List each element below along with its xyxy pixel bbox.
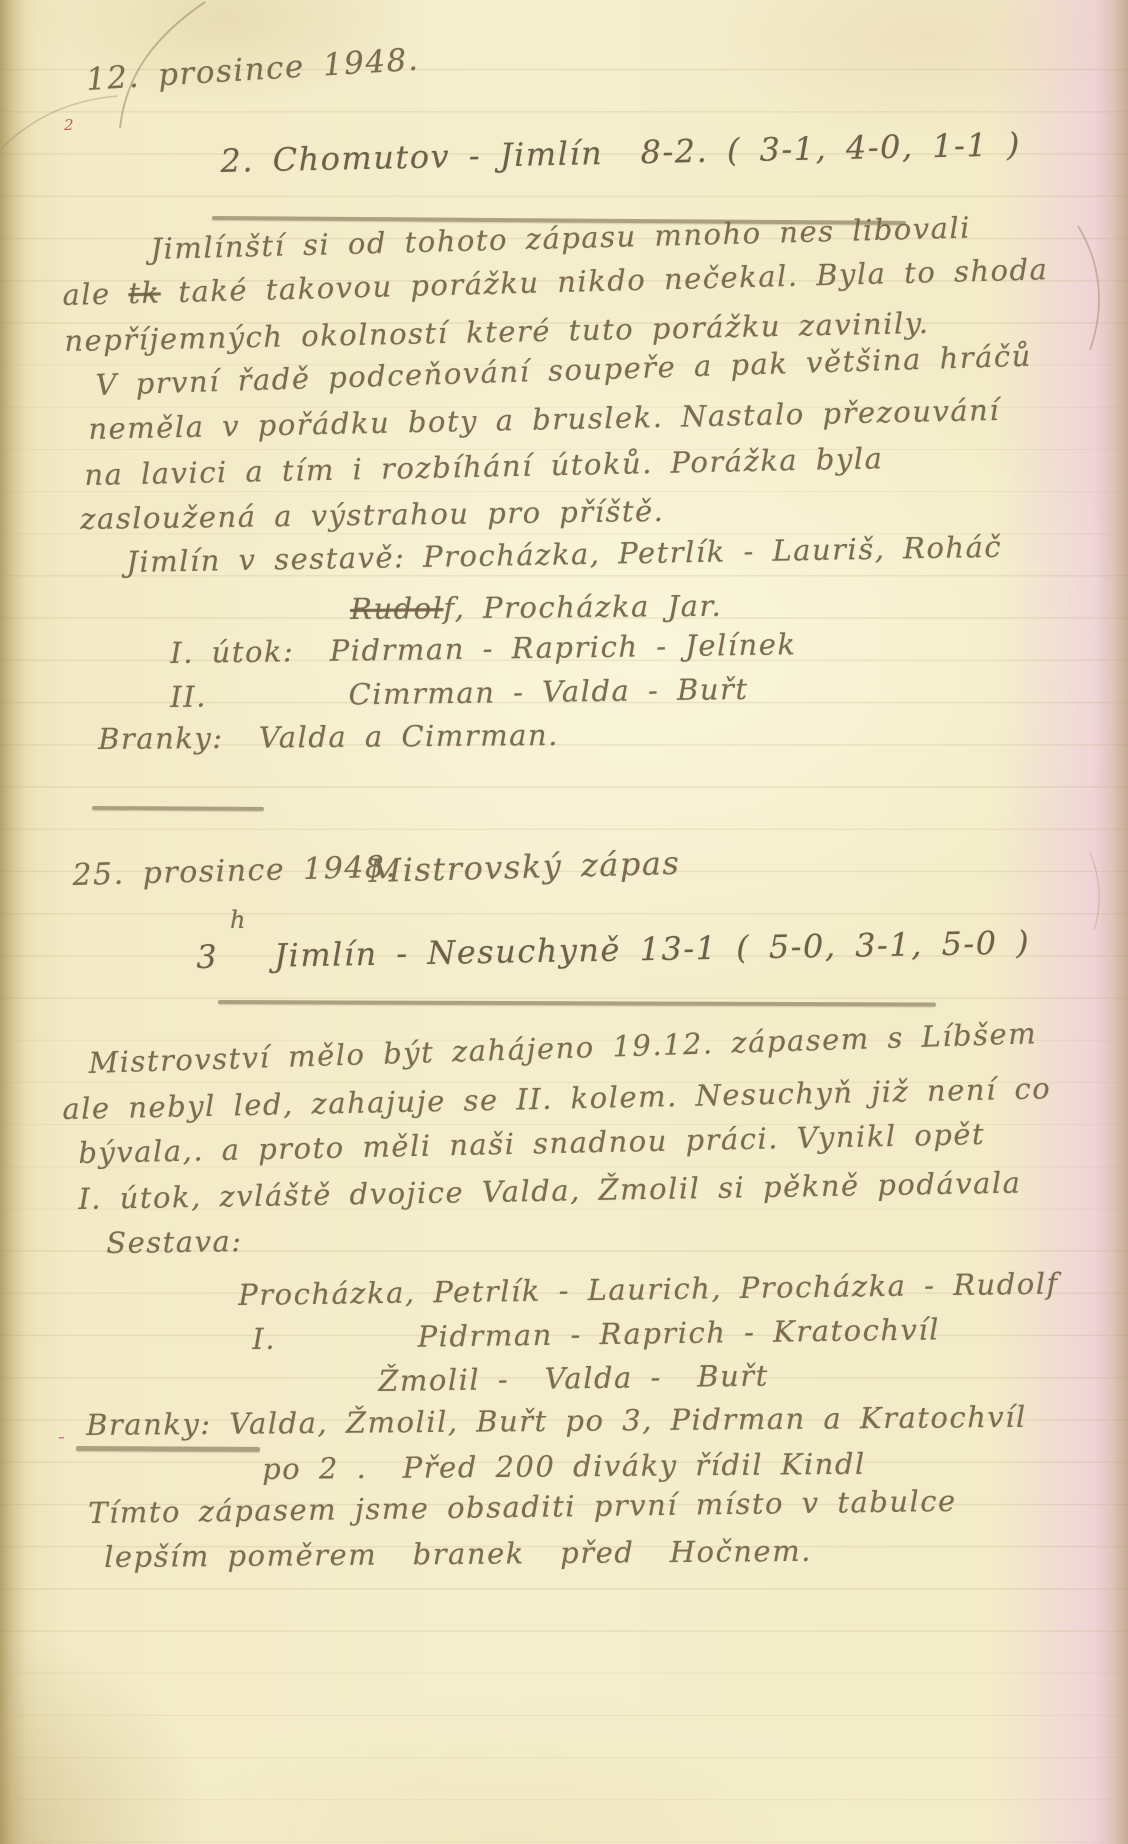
text-segment: Procházka, Petrlík - Laurich, Procházka …	[238, 1267, 1059, 1312]
pencil-underline-goals-2-underline	[76, 1446, 260, 1451]
handwritten-line-lineup2-attack1: I. Pidrman - Raprich - Kratochvíl	[252, 1312, 940, 1356]
handwritten-line-lineup2-attack2: Žmolil - Valda - Buřt	[378, 1359, 769, 1398]
handwritten-line-closing-2: lepším poměrem branek před Hočnem.	[104, 1534, 812, 1574]
handwritten-line-lineup1-attack1: I. útok: Pidrman - Raprich - Jelínek	[170, 627, 797, 670]
pencil-underline-title-2-underline	[218, 1000, 936, 1006]
text-segment: Mistrovský zápas	[368, 844, 681, 890]
handwritten-line-goals-2a: Branky: Valda, Žmolil, Buřt po 3, Pidrma…	[86, 1400, 1027, 1442]
margin-mark-margin-pink-dash: -	[58, 1424, 65, 1448]
text-segment: I. útok: Pidrman - Raprich - Jelínek	[170, 627, 797, 670]
handwritten-line-p1-l7: zasloužená a výstrahou pro příště.	[80, 494, 665, 536]
text-segment: po 2 . Před 200 diváky řídil Kindl	[262, 1447, 866, 1486]
pencil-underline-goals-1-underline	[92, 806, 264, 810]
handwritten-line-label-2: Mistrovský zápas	[368, 844, 681, 890]
text-segment: I. útok, zvláště dvojice Valda, Žmolil s…	[78, 1166, 1022, 1216]
margin-mark-margin-number: 2	[64, 116, 74, 134]
text-segment: h	[230, 906, 247, 934]
text-segment: Jimlín v sestavě: Procházka, Petrlík - L…	[126, 530, 1002, 579]
text-segment: I. Pidrman - Raprich - Kratochvíl	[252, 1312, 940, 1356]
handwritten-line-title-2: 3 Jimlín - Nesuchyně 13-1 ( 5-0, 3-1, 5-…	[196, 923, 1031, 976]
text-segment: Žmolil - Valda - Buřt	[378, 1359, 769, 1398]
text-segment: 12. prosince 1948.	[85, 42, 420, 98]
handwritten-line-date-1: 12. prosince 1948.	[85, 42, 420, 98]
text-segment: 25. prosince 1948.	[72, 850, 397, 893]
text-segment: neměla v pořádku boty a bruslek. Nastalo…	[88, 393, 1000, 446]
handwritten-line-title-1: 2. Chomutov - Jimlín 8-2. ( 3-1, 4-0, 1-…	[220, 125, 1021, 180]
text-segment: 2. Chomutov - Jimlín 8-2. ( 3-1, 4-0, 1-…	[220, 125, 1021, 180]
handwritten-line-insert-h: h	[230, 906, 247, 934]
text-segment: II. Cimrman - Valda - Buřt	[170, 672, 749, 714]
handwritten-line-date-2: 25. prosince 1948.	[72, 850, 397, 893]
text-segment: Branky: Valda, Žmolil, Buřt po 3, Pidrma…	[86, 1400, 1027, 1442]
handwritten-line-p2-l1: Mistrovství mělo být zahájeno 19.12. záp…	[88, 1016, 1038, 1080]
handwritten-line-lineup1-attack2: II. Cimrman - Valda - Buřt	[170, 672, 749, 714]
handwritten-line-closing-1: Tímto zápasem jsme obsaditi první místo …	[88, 1484, 957, 1530]
handwritten-line-p1-l6: na lavici a tím i rozbíhání útoků. Poráž…	[84, 441, 884, 492]
text-segment: Branky: Valda a Cimrman.	[98, 718, 559, 756]
handwritten-line-p2-l4: I. útok, zvláště dvojice Valda, Žmolil s…	[78, 1166, 1022, 1216]
handwritten-line-goals-1: Branky: Valda a Cimrman.	[98, 718, 559, 756]
text-segment: lepším poměrem branek před Hočnem.	[104, 1534, 812, 1574]
text-segment: ale	[62, 276, 129, 312]
text-segment: na lavici a tím i rozbíhání útoků. Poráž…	[84, 441, 884, 492]
struck-text: tk	[128, 275, 161, 310]
text-segment: 3 Jimlín - Nesuchyně 13-1 ( 5-0, 3-1, 5-…	[196, 923, 1031, 976]
text-segment: Mistrovství mělo být zahájeno 19.12. záp…	[88, 1016, 1038, 1080]
text-segment: f, Procházka Jar.	[443, 589, 722, 625]
text-segment: Tímto zápasem jsme obsaditi první místo …	[88, 1484, 957, 1530]
handwritten-line-p2-l3: bývala,. a proto měli naši snadnou práci…	[78, 1117, 985, 1170]
handwriting-layer: 12. prosince 1948.2. Chomutov - Jimlín 8…	[0, 0, 1128, 1844]
text-segment: zasloužená a výstrahou pro příště.	[80, 494, 665, 536]
handwritten-line-p2-l5: Sestava:	[106, 1224, 243, 1260]
handwritten-line-lineup2-def: Procházka, Petrlík - Laurich, Procházka …	[238, 1267, 1059, 1312]
handwritten-line-lineup1-def: Rudolf, Procházka Jar.	[350, 589, 722, 626]
text-segment: Sestava:	[106, 1224, 243, 1260]
handwritten-line-lineup1-goalie: Jimlín v sestavě: Procházka, Petrlík - L…	[126, 530, 1002, 579]
handwritten-line-goals-2b: po 2 . Před 200 diváky řídil Kindl	[262, 1447, 866, 1486]
notebook-page: { "page": { "kind": "handwritten noteboo…	[0, 0, 1128, 1844]
text-segment: bývala,. a proto měli naši snadnou práci…	[78, 1117, 985, 1170]
struck-text: Rudol	[350, 591, 444, 626]
handwritten-line-p1-l5: neměla v pořádku boty a bruslek. Nastalo…	[88, 393, 1000, 446]
